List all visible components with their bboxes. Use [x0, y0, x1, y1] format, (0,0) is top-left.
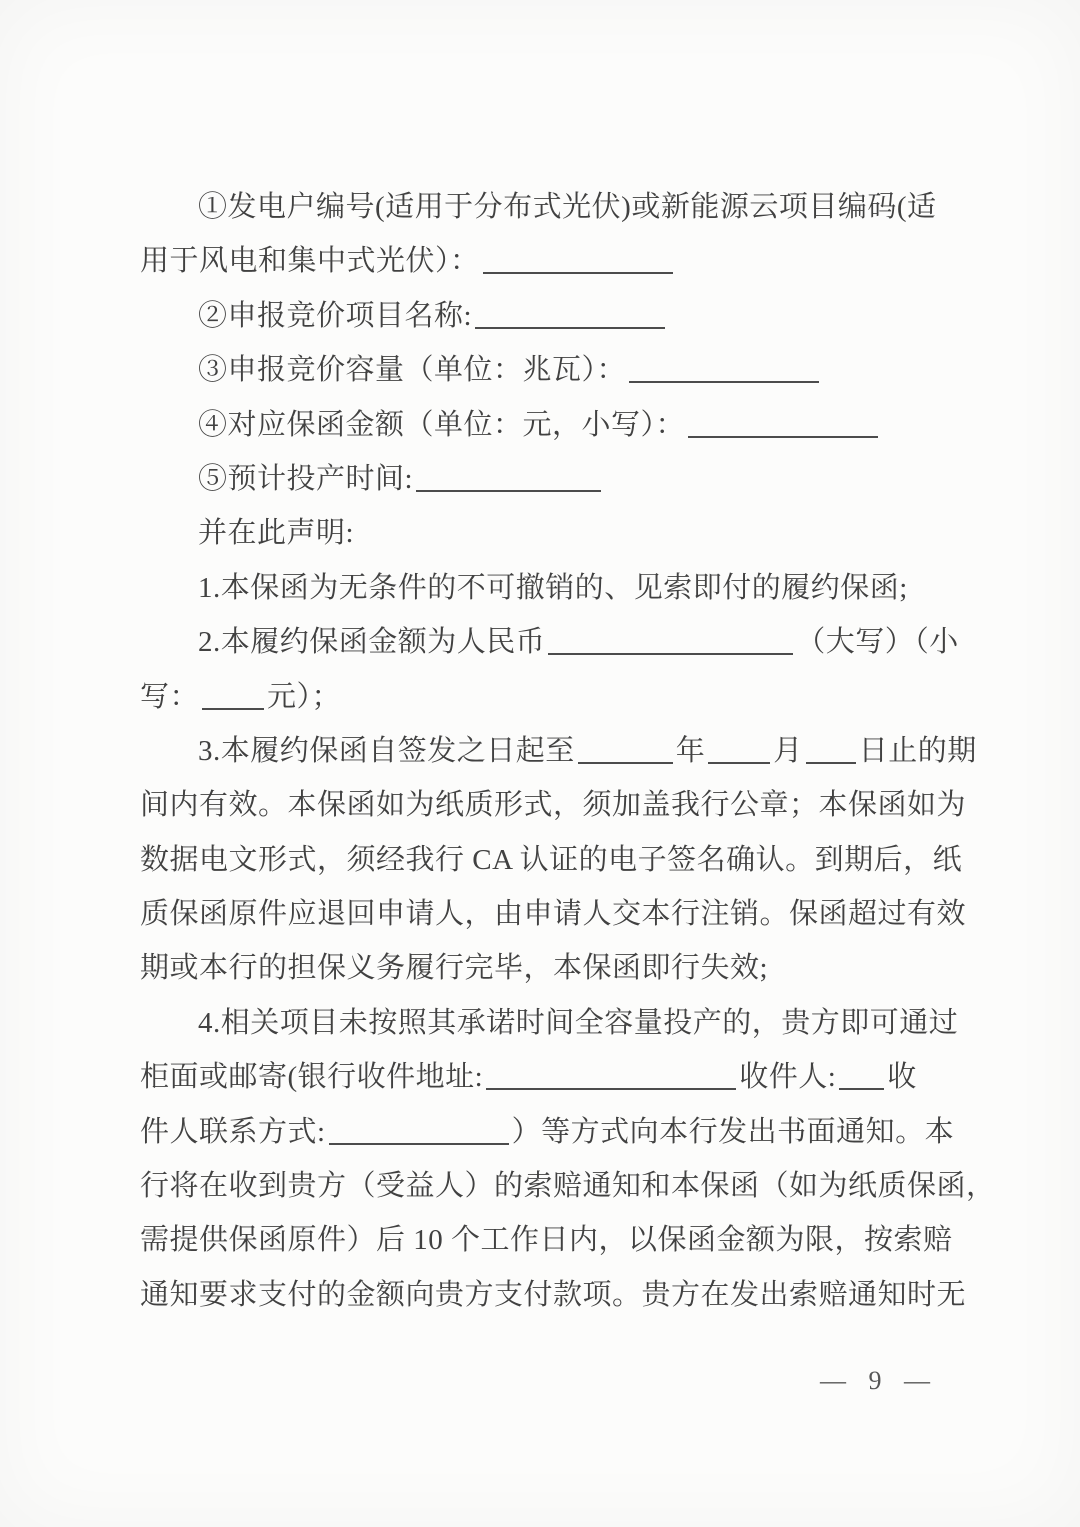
text-segment: 元）； [267, 681, 341, 713]
document-body: ①发电户编号(适用于分布式光伏)或新能源云项目编码(适用于风电和集中式光伏）：②… [140, 180, 970, 1322]
text-segment: 年 [676, 735, 706, 767]
text-line: 2.本履约保函金额为人民币（大写）（小 [140, 615, 970, 669]
text-line: ④对应保函金额（单位：元，小写）： [140, 398, 970, 452]
text-line: 行将在收到贵方（受益人）的索赔通知和本保函（如为纸质保函， [140, 1159, 970, 1213]
text-segment: 数据电文形式，须经我行 CA 认证的电子签名确认。到期后，纸 [140, 844, 962, 876]
text-segment: ⑤预计投产时间: [198, 463, 413, 495]
blank-underline [202, 678, 264, 710]
text-line: 质保函原件应退回申请人，由申请人交本行注销。保函超过有效 [140, 887, 970, 941]
text-line: 通知要求支付的金额向贵方支付款项。贵方在发出索赔通知时无 [140, 1268, 970, 1322]
text-segment: ②申报竞价项目名称: [198, 300, 472, 332]
text-segment: 并在此声明: [198, 517, 354, 549]
text-line: 间内有效。本保函如为纸质形式，须加盖我行公章；本保函如为 [140, 778, 970, 832]
text-segment: 质保函原件应退回申请人，由申请人交本行注销。保函超过有效 [140, 898, 966, 930]
blank-underline [708, 732, 770, 764]
text-segment: ④对应保函金额（单位：元，小写）： [198, 409, 685, 441]
text-segment: ）等方式向本行发出书面通知。本 [512, 1116, 955, 1148]
blank-underline [486, 1058, 736, 1090]
text-line: ③申报竞价容量（单位：兆瓦）： [140, 343, 970, 397]
text-line: ②申报竞价项目名称: [140, 289, 970, 343]
text-line: 件人联系方式:）等方式向本行发出书面通知。本 [140, 1105, 970, 1159]
document-page: ①发电户编号(适用于分布式光伏)或新能源云项目编码(适用于风电和集中式光伏）：②… [0, 0, 1080, 1527]
blank-underline [839, 1058, 884, 1090]
page-number: — 9 — [820, 1366, 938, 1396]
text-segment: 需提供保函原件）后 10 个工作日内，以保函金额为限，按索赔 [140, 1224, 953, 1256]
blank-underline [578, 732, 673, 764]
text-line: 期或本行的担保义务履行完毕，本保函即行失效; [140, 941, 970, 995]
text-segment: 间内有效。本保函如为纸质形式，须加盖我行公章；本保函如为 [140, 789, 966, 821]
text-segment: 收 [887, 1061, 917, 1093]
text-segment: 4.相关项目未按照其承诺时间全容量投产的，贵方即可通过 [198, 1007, 958, 1039]
text-line: 数据电文形式，须经我行 CA 认证的电子签名确认。到期后，纸 [140, 833, 970, 887]
blank-underline [629, 351, 819, 383]
text-line: 需提供保函原件）后 10 个工作日内，以保函金额为限，按索赔 [140, 1213, 970, 1267]
text-line: 并在此声明: [140, 506, 970, 560]
text-line: ①发电户编号(适用于分布式光伏)或新能源云项目编码(适 [140, 180, 970, 234]
text-segment: 行将在收到贵方（受益人）的索赔通知和本保函（如为纸质保函， [140, 1170, 996, 1202]
text-line: 1.本保函为无条件的不可撤销的、见索即付的履约保函; [140, 561, 970, 615]
text-segment: 期或本行的担保义务履行完毕，本保函即行失效; [140, 952, 768, 984]
blank-underline [475, 297, 665, 329]
text-segment: 收件人: [739, 1061, 836, 1093]
blank-underline [688, 406, 878, 438]
text-line: 柜面或邮寄(银行收件地址:收件人:收 [140, 1050, 970, 1104]
text-segment: （大写）（小 [796, 626, 959, 658]
text-segment: 月 [773, 735, 803, 767]
text-line: 4.相关项目未按照其承诺时间全容量投产的，贵方即可通过 [140, 996, 970, 1050]
text-segment: 2.本履约保函金额为人民币 [198, 626, 545, 658]
text-line: 写：元）； [140, 670, 970, 724]
blank-underline [483, 242, 673, 274]
text-segment: 1.本保函为无条件的不可撤销的、见索即付的履约保函; [198, 572, 908, 604]
text-segment: ③申报竞价容量（单位：兆瓦）： [198, 354, 626, 386]
text-line: 3.本履约保函自签发之日起至年月日止的期 [140, 724, 970, 778]
text-segment: 通知要求支付的金额向贵方支付款项。贵方在发出索赔通知时无 [140, 1279, 966, 1311]
text-segment: 件人联系方式: [140, 1116, 326, 1148]
blank-underline [329, 1113, 509, 1145]
text-line: 用于风电和集中式光伏）： [140, 234, 970, 288]
text-segment: 日止的期 [859, 735, 977, 767]
text-line: ⑤预计投产时间: [140, 452, 970, 506]
text-segment: 3.本履约保函自签发之日起至 [198, 735, 575, 767]
blank-underline [416, 460, 601, 492]
blank-underline [806, 732, 856, 764]
text-segment: 写： [140, 681, 199, 713]
text-segment: 用于风电和集中式光伏）： [140, 245, 480, 277]
blank-underline [548, 623, 793, 655]
text-segment: ①发电户编号(适用于分布式光伏)或新能源云项目编码(适 [198, 191, 936, 223]
text-segment: 柜面或邮寄(银行收件地址: [140, 1061, 483, 1093]
